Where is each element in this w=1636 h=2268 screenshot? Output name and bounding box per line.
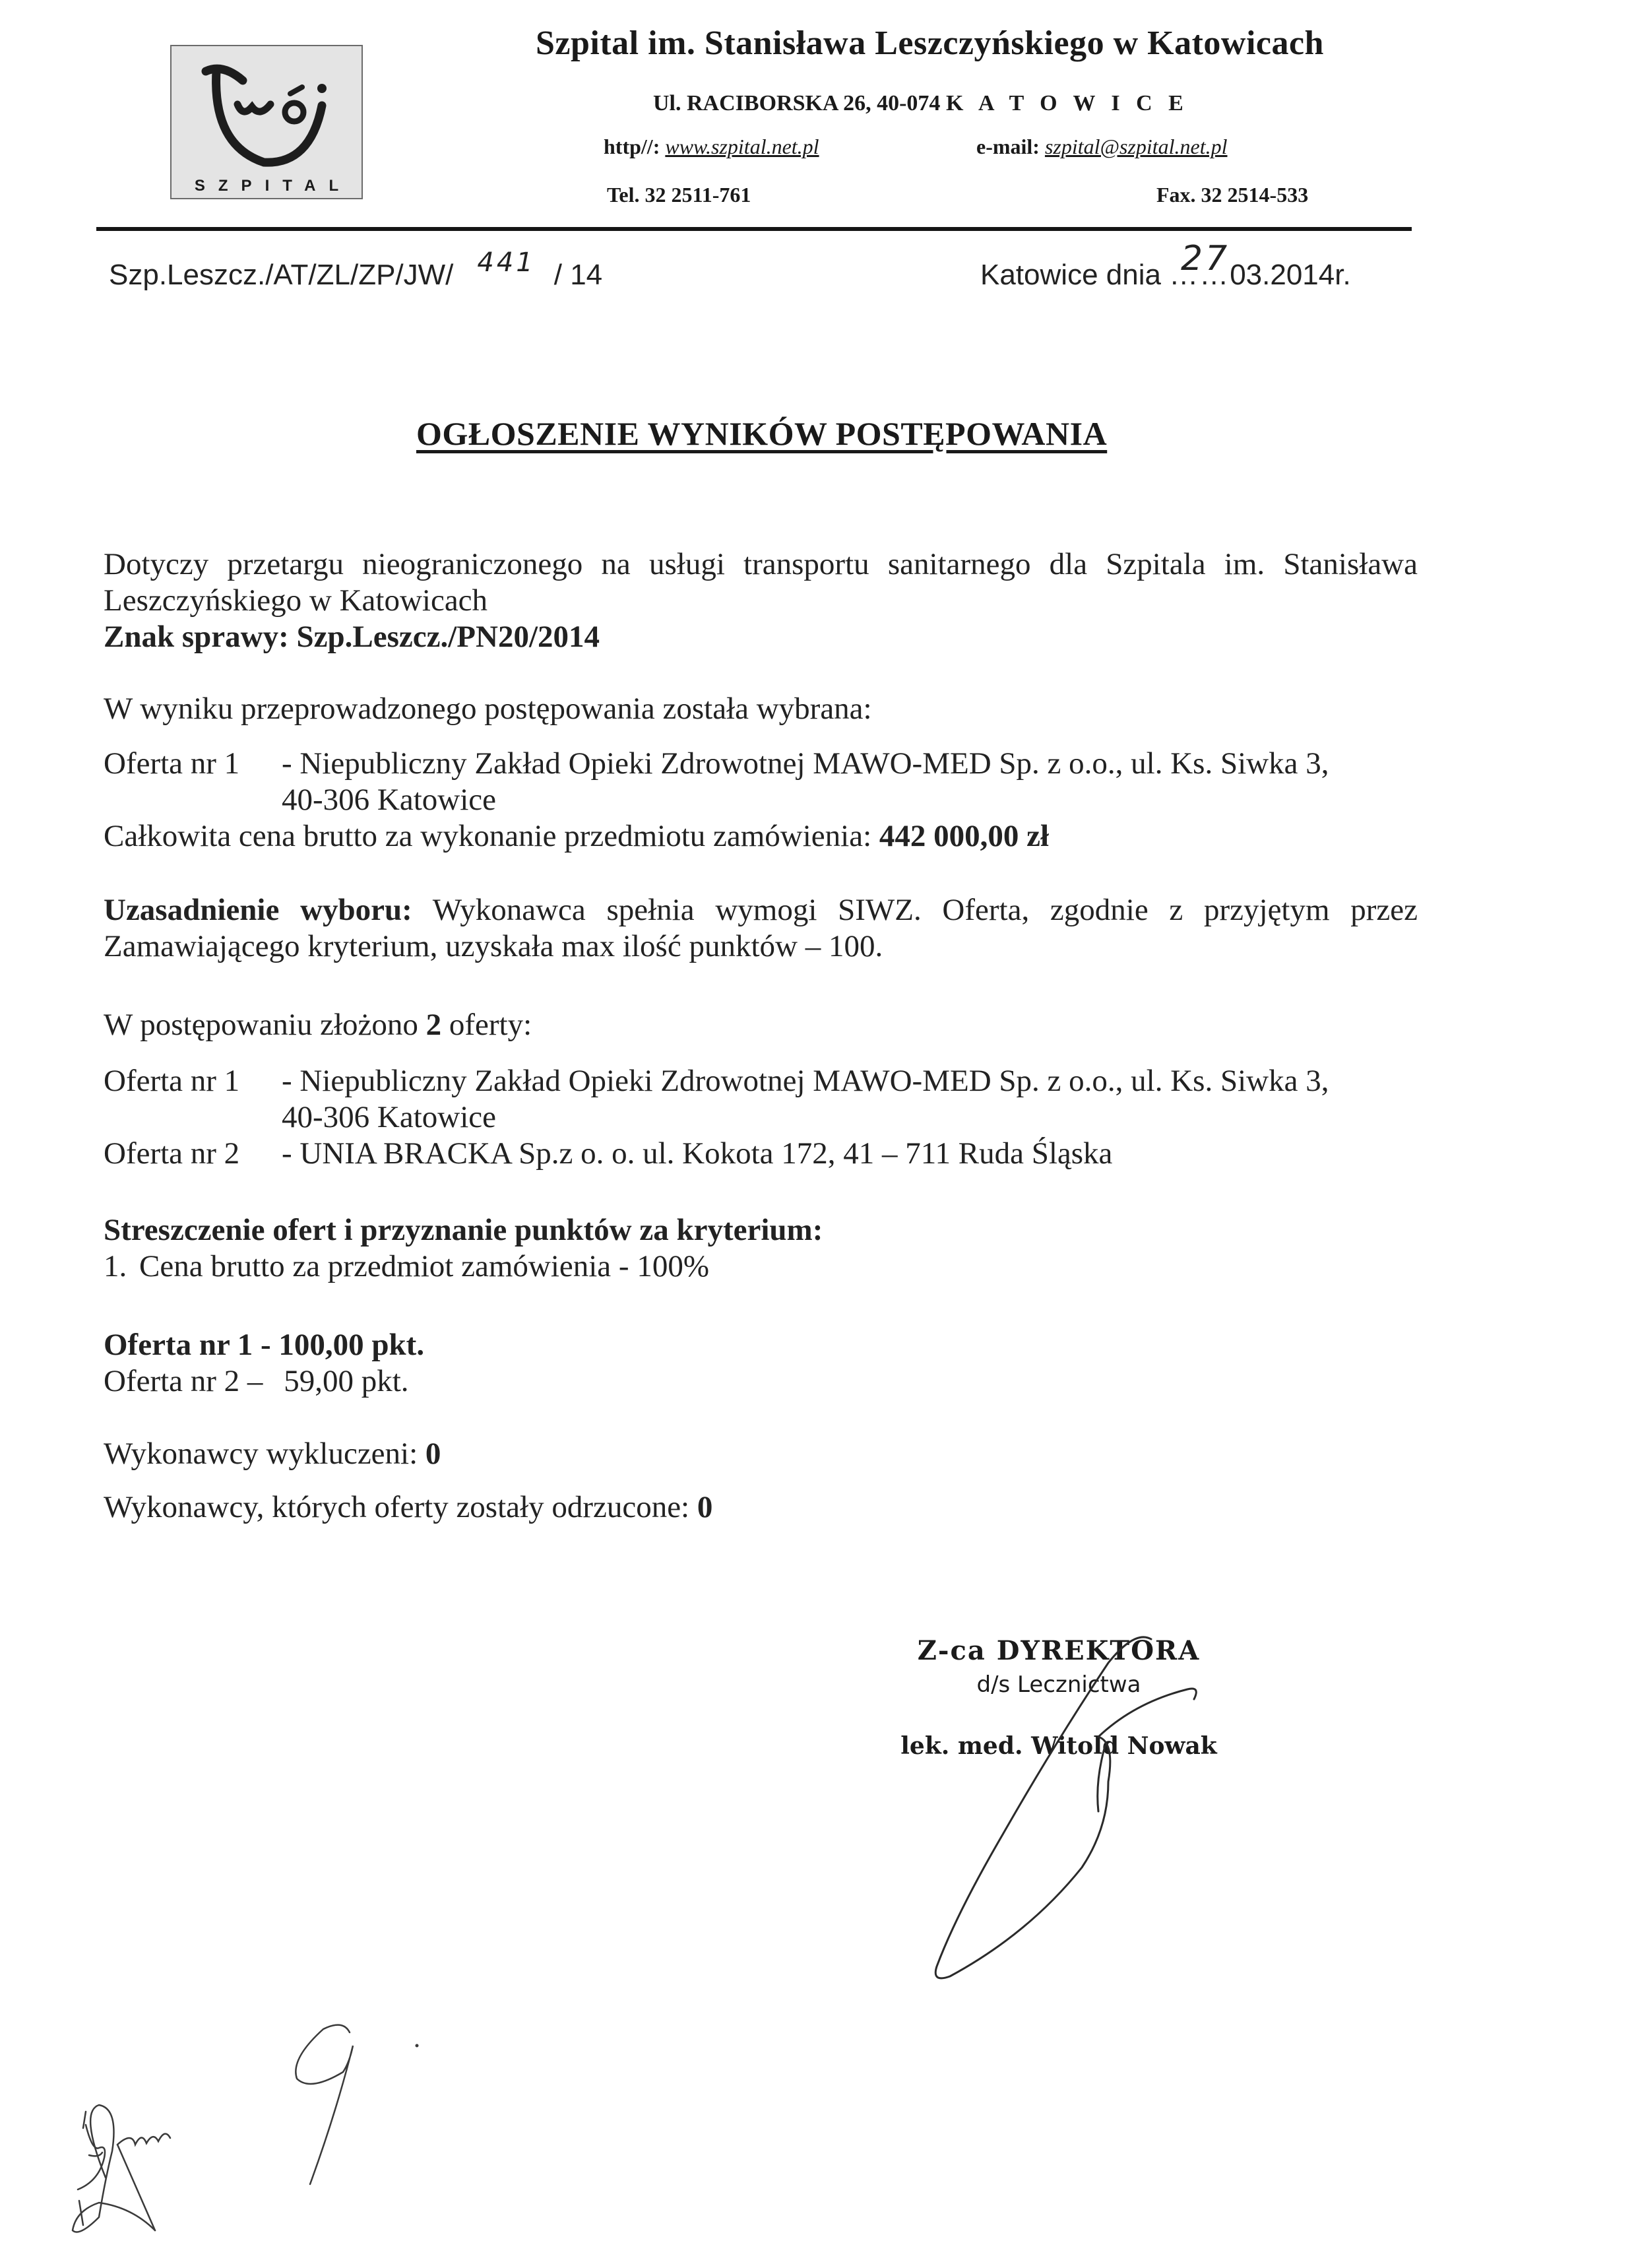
case-label: Znak sprawy: bbox=[104, 620, 289, 654]
selected-offer-label: Oferta nr 1 bbox=[104, 746, 282, 782]
letterhead-divider bbox=[96, 227, 1412, 231]
offers-count-suffix: oferty: bbox=[449, 1008, 532, 1042]
hospital-logo: SZPITAL bbox=[170, 45, 363, 199]
date-prefix: Katowice dnia bbox=[980, 259, 1161, 291]
score-points: 100,00 pkt. bbox=[278, 1328, 424, 1362]
fax-number: Fax. 32 2514-533 bbox=[1156, 183, 1308, 207]
page-number-mark-icon bbox=[296, 2025, 353, 2184]
stamp-subtitle: d/s Lecznictwa bbox=[884, 1671, 1234, 1698]
case-number-line: Znak sprawy: Szp.Leszcz./PN20/2014 bbox=[104, 619, 1418, 655]
website-link[interactable]: www.szpital.net.pl bbox=[665, 135, 819, 158]
offers-count-line: W postępowaniu złożono 2 oferty: bbox=[104, 1007, 1418, 1043]
reference-prefix: Szp.Leszcz./AT/ZL/ZP/JW/ bbox=[109, 259, 453, 291]
reference-number: Szp.Leszcz./AT/ZL/ZP/JW/441/ 14 bbox=[109, 259, 602, 292]
offers-count-prefix: W postępowaniu złożono bbox=[104, 1008, 418, 1042]
score-row: Oferta nr 2 – 59,00 pkt. bbox=[104, 1363, 1418, 1400]
offer-line1: - Niepubliczny Zakład Opieki Zdrowotnej … bbox=[282, 1063, 1418, 1099]
hospital-name: Szpital im. Stanisława Leszczyńskiego w … bbox=[536, 24, 1324, 63]
scores-section: Oferta nr 1 - 100,00 pkt. Oferta nr 2 – … bbox=[104, 1327, 1418, 1400]
score-points: 59,00 pkt. bbox=[284, 1364, 408, 1398]
total-price-label: Całkowita cena brutto za wykonanie przed… bbox=[104, 819, 871, 853]
stamp-name: lek. med. Witold Nowak bbox=[884, 1732, 1234, 1760]
criterion-text: Cena brutto za przedmiot zamówienia - 10… bbox=[139, 1249, 709, 1283]
document-title: OGŁOSZENIE WYNIKÓW POSTĘPOWANIA bbox=[416, 414, 1107, 453]
website-line: http//: www.szpital.net.pl bbox=[604, 135, 819, 159]
handwritten-reference-number: 441 bbox=[477, 247, 535, 278]
document-date: Katowice dnia ……03.2014r. 27 bbox=[980, 259, 1351, 292]
phone-number: Tel. 32 2511-761 bbox=[607, 183, 751, 207]
summary-section: Streszczenie ofert i przyznanie punktów … bbox=[104, 1212, 1418, 1285]
criterion-item: 1.Cena brutto za przedmiot zamówienia - … bbox=[104, 1248, 1418, 1285]
offer-line2: 40-306 Katowice bbox=[104, 1099, 1418, 1136]
case-number: Szp.Leszcz./PN20/2014 bbox=[297, 620, 600, 654]
offers-count: 2 bbox=[426, 1008, 442, 1042]
handwritten-day: 27 bbox=[1181, 239, 1230, 278]
excluded-line: Wykonawcy wykluczeni: 0 bbox=[104, 1436, 1418, 1472]
justification-label: Uzasadnienie wyboru: bbox=[104, 893, 412, 927]
stamp-title: Z-ca DYREKTORA bbox=[884, 1635, 1234, 1666]
selected-offer-line2: 40-306 Katowice bbox=[104, 782, 1418, 818]
offer-label: Oferta nr 1 bbox=[104, 1063, 282, 1099]
email-link[interactable]: szpital@szpital.net.pl bbox=[1045, 135, 1228, 158]
offer-line1: - UNIA BRACKA Sp.z o. o. ul. Kokota 172,… bbox=[282, 1136, 1418, 1172]
selected-offer-line1: - Niepubliczny Zakład Opieki Zdrowotnej … bbox=[282, 746, 1418, 782]
excluded-label: Wykonawcy wykluczeni: bbox=[104, 1437, 418, 1471]
director-stamp: Z-ca DYREKTORA d/s Lecznictwa lek. med. … bbox=[884, 1635, 1234, 1760]
subject-paragraph: Dotyczy przetargu nieograniczonego na us… bbox=[104, 546, 1418, 619]
date-suffix: 03.2014r. bbox=[1230, 259, 1351, 291]
address-city: K A T O W I C E bbox=[946, 91, 1189, 115]
selected-intro: W wyniku przeprowadzonego postępowania z… bbox=[104, 691, 1418, 727]
summary-heading: Streszczenie ofert i przyznanie punktów … bbox=[104, 1212, 1418, 1248]
total-price-line: Całkowita cena brutto za wykonanie przed… bbox=[104, 818, 1418, 855]
excluded-count: 0 bbox=[425, 1437, 441, 1471]
website-label: http//: bbox=[604, 135, 660, 158]
rejected-count: 0 bbox=[697, 1490, 713, 1524]
score-row: Oferta nr 1 - 100,00 pkt. bbox=[104, 1327, 1418, 1363]
rejected-label: Wykonawcy, których oferty zostały odrzuc… bbox=[104, 1490, 689, 1524]
offers-list: Oferta nr 1 - Niepubliczny Zakład Opieki… bbox=[104, 1063, 1418, 1172]
subject-text: Dotyczy przetargu nieograniczonego na us… bbox=[104, 547, 1418, 618]
justification-paragraph: Uzasadnienie wyboru: Wykonawca spełnia w… bbox=[104, 892, 1418, 965]
score-label: Oferta nr 1 - bbox=[104, 1328, 271, 1362]
selected-offer: Oferta nr 1 - Niepubliczny Zakład Opieki… bbox=[104, 746, 1418, 855]
criterion-number: 1. bbox=[104, 1248, 139, 1285]
offer-label: Oferta nr 2 bbox=[104, 1136, 282, 1172]
score-label: Oferta nr 2 – bbox=[104, 1364, 263, 1398]
list-item: Oferta nr 1 - Niepubliczny Zakład Opieki… bbox=[104, 1063, 1418, 1099]
reference-suffix: / 14 bbox=[554, 259, 602, 291]
email-label: e-mail: bbox=[976, 135, 1040, 158]
rejected-line: Wykonawcy, których oferty zostały odrzuc… bbox=[104, 1489, 1418, 1526]
handwritten-initials-icon bbox=[73, 2105, 170, 2232]
email-line: e-mail: szpital@szpital.net.pl bbox=[976, 135, 1228, 159]
hospital-address: Ul. RACIBORSKA 26, 40-074 K A T O W I C … bbox=[653, 91, 1189, 116]
address-street: Ul. RACIBORSKA 26, 40-074 bbox=[653, 91, 940, 115]
ink-dot bbox=[416, 2044, 419, 2048]
logo-caption: SZPITAL bbox=[172, 177, 362, 195]
total-price-value: 442 000,00 zł bbox=[879, 819, 1049, 853]
smile-logo-icon bbox=[172, 46, 362, 198]
list-item: Oferta nr 2 - UNIA BRACKA Sp.z o. o. ul.… bbox=[104, 1136, 1418, 1172]
